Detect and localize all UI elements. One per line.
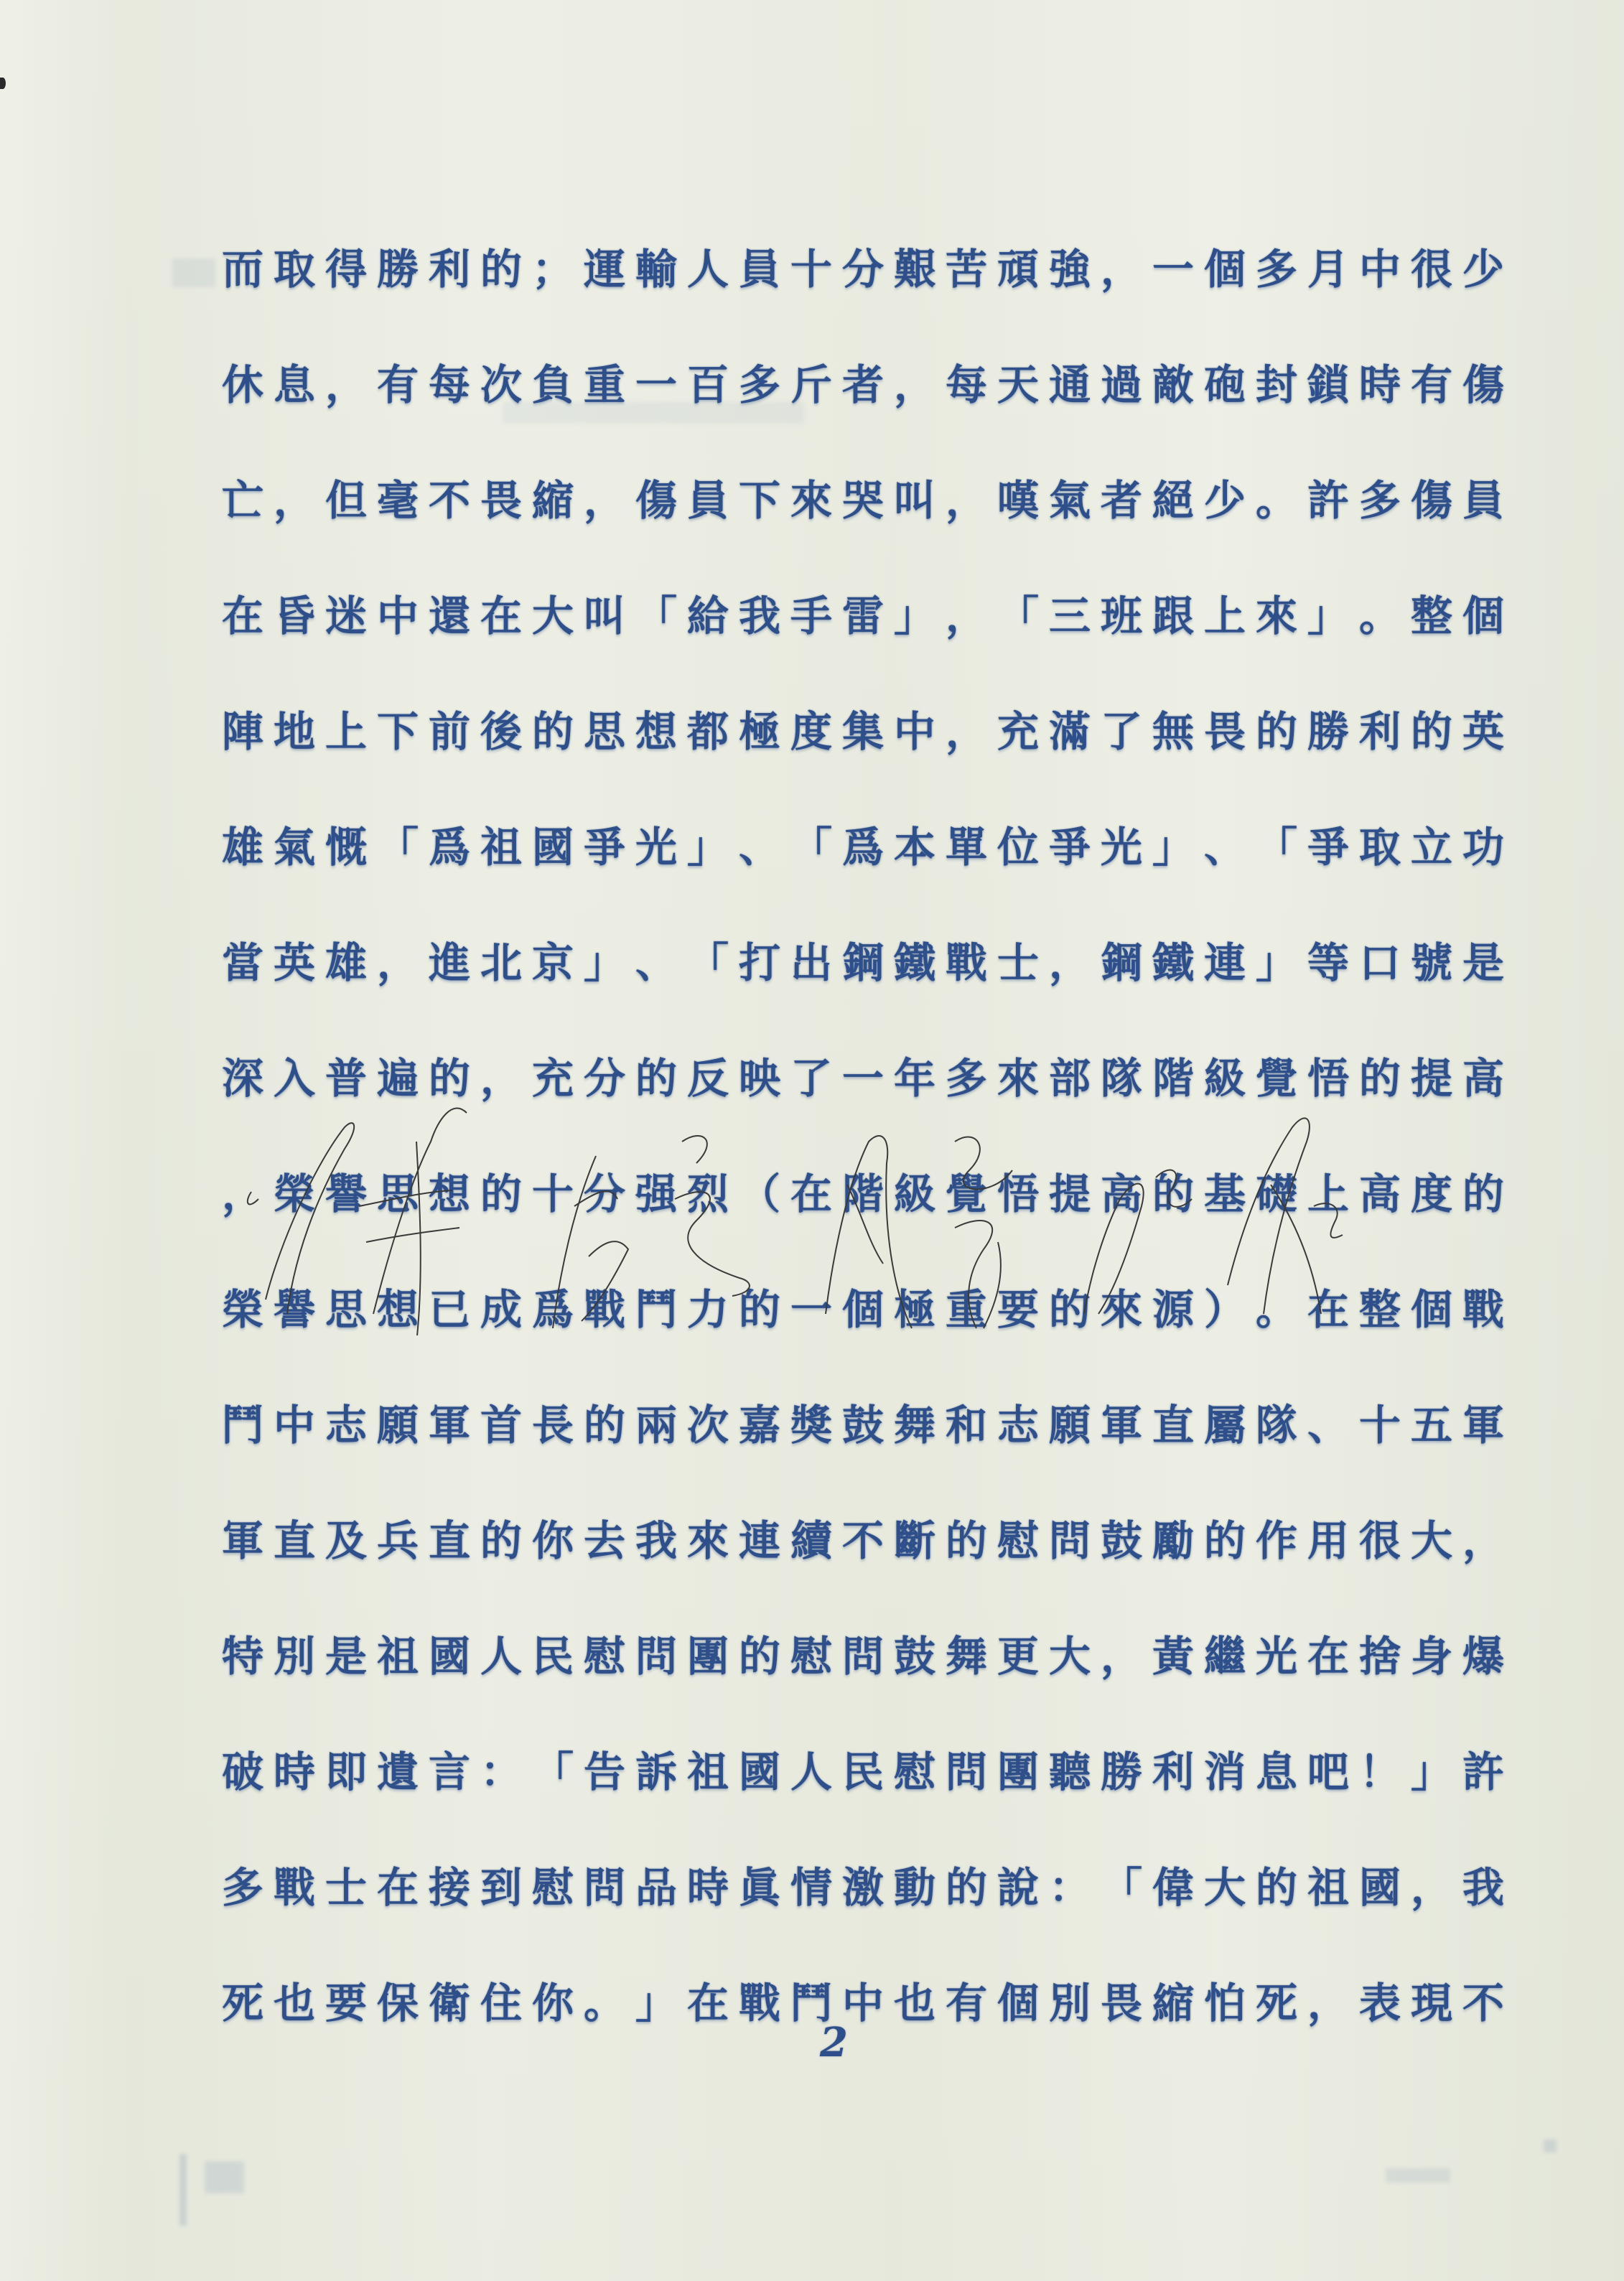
text-character: 運 — [579, 233, 630, 305]
text-character: 願 — [372, 1389, 424, 1461]
text-character: 隊 — [1096, 1042, 1147, 1114]
text-character: 時 — [269, 1736, 320, 1808]
text-character: 跟 — [1147, 580, 1199, 652]
text-character: ， — [1096, 233, 1147, 305]
text-character: 當 — [217, 927, 269, 999]
text-character: 思 — [320, 1274, 372, 1345]
text-character: 別 — [269, 1620, 320, 1692]
text-character: 功 — [1457, 811, 1509, 883]
text-character: 氣 — [269, 811, 320, 883]
text-character: 得 — [320, 233, 372, 305]
text-character: 悟 — [1302, 1042, 1354, 1114]
text-character: 嘆 — [992, 465, 1044, 536]
text-character: 保 — [372, 1967, 424, 2039]
body-text: 而取得勝利的；運輸人員十分艱苦頑強，一個多月中很少 休息，有每次負重一百多斤者，… — [217, 233, 1509, 2083]
text-character: 及 — [320, 1505, 372, 1577]
text-character: 譽 — [269, 1274, 320, 1345]
text-character: 士 — [320, 1852, 372, 1923]
text-character: 戰 — [734, 1967, 785, 2039]
text-character: 極 — [734, 696, 785, 768]
text-character: 舞 — [941, 1620, 992, 1692]
text-character: 階 — [837, 1158, 889, 1230]
text-character: 在 — [785, 1158, 837, 1230]
text-character: 一 — [1147, 233, 1199, 305]
text-character: 」 — [1147, 811, 1199, 883]
text-character: 次 — [475, 349, 527, 421]
text-character: 勝 — [1302, 696, 1354, 768]
text-character: 鋼 — [1096, 927, 1147, 999]
text-character: 的 — [941, 1852, 992, 1923]
text-character: 單 — [941, 811, 992, 883]
text-character: 砲 — [1199, 349, 1251, 421]
text-character: 戰 — [1457, 1274, 1509, 1345]
text-character: 深 — [217, 1042, 269, 1114]
text-character: 級 — [889, 1158, 941, 1230]
text-character: 的 — [1044, 1274, 1096, 1345]
text-character: 民 — [527, 1620, 579, 1692]
bleed-through-mark — [172, 258, 215, 287]
text-character: 想 — [424, 1158, 475, 1230]
text-character: 鐵 — [889, 927, 941, 999]
text-character: 重 — [941, 1274, 992, 1345]
text-character: 。 — [1354, 580, 1406, 652]
text-character: 很 — [1354, 1505, 1406, 1577]
text-character: 畏 — [475, 465, 527, 536]
text-line: 死也要保衛住你。」在戰鬥中也有個別畏縮怕死，表現不 — [217, 1967, 1509, 2083]
text-character: 戰 — [579, 1274, 630, 1345]
text-line: 當英雄，進北京」、「打出鋼鐵戰士，鋼鐵連」等口號是 — [217, 927, 1509, 1042]
text-character: 雄 — [320, 927, 372, 999]
text-character: 打 — [734, 927, 785, 999]
text-character: 國 — [527, 811, 579, 883]
text-character: 等 — [1302, 927, 1354, 999]
text-character: 十 — [785, 233, 837, 305]
text-character: ， — [889, 349, 941, 421]
text-character: 中 — [269, 1389, 320, 1461]
text-character: 高 — [1096, 1158, 1147, 1230]
text-character: 一 — [837, 1042, 889, 1114]
text-character: 要 — [320, 1967, 372, 2039]
text-character: 基 — [1199, 1158, 1251, 1230]
document-page: 而取得勝利的；運輸人員十分艱苦頑強，一個多月中很少 休息，有每次負重一百多斤者，… — [0, 0, 1624, 2281]
text-character: ； — [527, 233, 579, 305]
text-character: （ — [734, 1158, 785, 1230]
text-character: ， — [1096, 1620, 1147, 1692]
text-character: 個 — [1406, 1274, 1457, 1345]
text-character: 兵 — [372, 1505, 424, 1577]
text-character: 取 — [1354, 811, 1406, 883]
text-character: 氣 — [1044, 465, 1096, 536]
text-character: ， — [579, 465, 630, 536]
text-character: 利 — [424, 233, 475, 305]
text-character: 成 — [475, 1274, 527, 1345]
text-character: 班 — [1096, 580, 1147, 652]
text-character: 鼓 — [837, 1389, 889, 1461]
text-character: 志 — [992, 1389, 1044, 1461]
text-character: 爲 — [527, 1274, 579, 1345]
text-character: 號 — [1406, 927, 1457, 999]
text-character: 到 — [475, 1852, 527, 1923]
text-character: 光 — [1096, 811, 1147, 883]
text-character: 英 — [1457, 696, 1509, 768]
text-character: 願 — [1044, 1389, 1096, 1461]
text-character: 整 — [1406, 580, 1457, 652]
text-character: 普 — [320, 1042, 372, 1114]
text-character: 」 — [889, 580, 941, 652]
text-character: 的 — [734, 1620, 785, 1692]
text-character: 的 — [1457, 1158, 1509, 1230]
text-character: 還 — [424, 580, 475, 652]
text-character: 的 — [734, 1274, 785, 1345]
text-character: 整 — [1354, 1274, 1406, 1345]
text-character: ， — [1044, 927, 1096, 999]
text-character: 嘉 — [734, 1389, 785, 1461]
text-character: 怕 — [1199, 1967, 1251, 2039]
text-character: 個 — [1199, 233, 1251, 305]
text-character: 身 — [1406, 1620, 1457, 1692]
text-character: 分 — [579, 1158, 630, 1230]
text-character: 在 — [1302, 1620, 1354, 1692]
text-character: 集 — [837, 696, 889, 768]
text-character: 祖 — [372, 1620, 424, 1692]
text-character: 爭 — [579, 811, 630, 883]
text-line: 特別是祖國人民慰問團的慰問鼓舞更大，黃繼光在捨身爆 — [217, 1620, 1509, 1736]
text-character: 遺 — [372, 1736, 424, 1808]
text-character: 息 — [1251, 1736, 1302, 1808]
text-character: 毫 — [372, 465, 424, 536]
text-character: ， — [941, 580, 992, 652]
text-character: 中 — [372, 580, 424, 652]
text-character: 十 — [1354, 1389, 1406, 1461]
text-character: 慰 — [785, 1620, 837, 1692]
text-character: 立 — [1406, 811, 1457, 883]
text-character: 」 — [682, 811, 734, 883]
text-character: 月 — [1302, 233, 1354, 305]
bleed-through-mark — [1544, 2140, 1557, 2152]
text-character: 遍 — [372, 1042, 424, 1114]
text-character: 但 — [320, 465, 372, 536]
text-character: 而 — [217, 233, 269, 305]
text-character: 光 — [630, 811, 682, 883]
text-character: 連 — [734, 1505, 785, 1577]
text-character: 的 — [475, 1505, 527, 1577]
text-character: 一 — [785, 1274, 837, 1345]
text-character: 多 — [217, 1852, 269, 1923]
text-character: 的 — [1251, 696, 1302, 768]
text-character: 「 — [372, 811, 424, 883]
text-character: 反 — [682, 1042, 734, 1114]
text-character: 高 — [1457, 1042, 1509, 1114]
text-character: 的 — [424, 1042, 475, 1114]
text-character: ， — [217, 1158, 269, 1230]
text-character: 慰 — [992, 1505, 1044, 1577]
text-character: 入 — [269, 1042, 320, 1114]
text-character: 取 — [269, 233, 320, 305]
text-character: 死 — [217, 1967, 269, 2039]
text-character: 不 — [424, 465, 475, 536]
text-character: 鬥 — [217, 1389, 269, 1461]
text-character: 吧 — [1302, 1736, 1354, 1808]
text-character: 傷 — [1457, 349, 1509, 421]
text-character: 」 — [579, 927, 630, 999]
text-character: 鼓 — [889, 1620, 941, 1692]
text-character: 慰 — [579, 1620, 630, 1692]
text-character: 我 — [630, 1505, 682, 1577]
text-character: 人 — [475, 1620, 527, 1692]
text-character: 「 — [1251, 811, 1302, 883]
text-character: 我 — [1457, 1852, 1509, 1923]
text-character: 「 — [1096, 1852, 1147, 1923]
text-character: 勝 — [1096, 1736, 1147, 1808]
text-character: 映 — [734, 1042, 785, 1114]
text-character: 、 — [734, 811, 785, 883]
text-character: 情 — [785, 1852, 837, 1923]
text-character: 直 — [1147, 1389, 1199, 1461]
text-character: 昏 — [269, 580, 320, 652]
text-character: 聽 — [1044, 1736, 1096, 1808]
text-character: 品 — [630, 1852, 682, 1923]
text-line: 多戰士在接到慰問品時眞情激動的說：「偉大的祖國，我 — [217, 1852, 1509, 1967]
text-character: 迷 — [320, 580, 372, 652]
text-character: 畏 — [1199, 696, 1251, 768]
text-line: 雄氣慨「爲祖國爭光」、「爲本單位爭光」、「爭取立功 — [217, 811, 1509, 927]
text-character: 次 — [682, 1389, 734, 1461]
text-character: ， — [320, 349, 372, 421]
text-character: 員 — [1457, 465, 1509, 536]
text-character: 度 — [1406, 1158, 1457, 1230]
text-character: 覺 — [1251, 1042, 1302, 1114]
text-character: 多 — [734, 349, 785, 421]
text-character: 你 — [527, 1505, 579, 1577]
text-character: 地 — [269, 696, 320, 768]
text-character: 員 — [682, 465, 734, 536]
text-character: 負 — [527, 349, 579, 421]
text-character: 的 — [527, 696, 579, 768]
text-character: 繼 — [1199, 1620, 1251, 1692]
text-character: 哭 — [837, 465, 889, 536]
bleed-through-mark — [205, 2161, 244, 2193]
text-character: 雄 — [217, 811, 269, 883]
text-character: 榮 — [269, 1158, 320, 1230]
text-character: 隊 — [1251, 1389, 1302, 1461]
text-character: 一 — [630, 349, 682, 421]
text-character: 獎 — [785, 1389, 837, 1461]
text-character: 百 — [682, 349, 734, 421]
text-character: 多 — [1251, 233, 1302, 305]
text-character: 上 — [320, 696, 372, 768]
text-character: 民 — [837, 1736, 889, 1808]
text-character: 告 — [579, 1736, 630, 1808]
text-character: 中 — [1354, 233, 1406, 305]
text-character: 縮 — [1147, 1967, 1199, 2039]
text-character: 斷 — [889, 1505, 941, 1577]
text-character: 口 — [1354, 927, 1406, 999]
text-character: 礎 — [1251, 1158, 1302, 1230]
text-character: 作 — [1251, 1505, 1302, 1577]
text-character: ， — [475, 1042, 527, 1114]
text-character: 表 — [1354, 1967, 1406, 2039]
text-character: 的 — [1406, 696, 1457, 768]
text-character: 衛 — [424, 1967, 475, 2039]
text-character: 問 — [941, 1736, 992, 1808]
text-character: 問 — [579, 1852, 630, 1923]
text-character: 、 — [1199, 811, 1251, 883]
text-character: ， — [941, 696, 992, 768]
text-character: 很 — [1406, 233, 1457, 305]
text-character: ） — [1199, 1274, 1251, 1345]
text-character: 。 — [579, 1967, 630, 2039]
text-character: 烈 — [682, 1158, 734, 1230]
text-character: 偉 — [1147, 1852, 1199, 1923]
text-character: 爭 — [1302, 811, 1354, 883]
text-character: 的 — [941, 1505, 992, 1577]
text-character: 提 — [1044, 1158, 1096, 1230]
text-character: 亡 — [217, 465, 269, 536]
text-character: 首 — [475, 1389, 527, 1461]
text-character: 提 — [1406, 1042, 1457, 1114]
text-character: 光 — [1251, 1620, 1302, 1692]
text-character: 個 — [992, 1967, 1044, 2039]
text-character: 給 — [682, 580, 734, 652]
text-character: 在 — [372, 1852, 424, 1923]
text-character: 、 — [630, 927, 682, 999]
text-character: 人 — [682, 233, 734, 305]
text-character: 充 — [992, 696, 1044, 768]
text-character: 大 — [1044, 1620, 1096, 1692]
text-character: 戰 — [941, 927, 992, 999]
text-character: 的 — [1199, 1505, 1251, 1577]
text-character: 少 — [1457, 233, 1509, 305]
text-character: 破 — [217, 1736, 269, 1808]
text-character: 下 — [372, 696, 424, 768]
text-character: 許 — [1457, 1736, 1509, 1808]
text-character: 傷 — [630, 465, 682, 536]
text-line: 亡，但毫不畏縮，傷員下來哭叫，嘆氣者絕少。許多傷員 — [217, 465, 1509, 580]
text-character: 時 — [682, 1852, 734, 1923]
text-character: 我 — [734, 580, 785, 652]
text-character: 鐵 — [1147, 927, 1199, 999]
text-character: 了 — [785, 1042, 837, 1114]
text-character: 現 — [1406, 1967, 1457, 2039]
text-character: 頑 — [992, 233, 1044, 305]
text-character: 來 — [992, 1042, 1044, 1114]
text-character: 眞 — [734, 1852, 785, 1923]
text-character: 手 — [785, 580, 837, 652]
text-character: 少 — [1199, 465, 1251, 536]
text-character: 即 — [320, 1736, 372, 1808]
text-character: ！ — [1354, 1736, 1406, 1808]
text-character: 過 — [1096, 349, 1147, 421]
text-character: 鼓 — [1096, 1505, 1147, 1577]
text-character: 天 — [992, 349, 1044, 421]
text-character: 的 — [475, 1158, 527, 1230]
text-character: 。 — [1251, 1274, 1302, 1345]
text-character: 國 — [424, 1620, 475, 1692]
text-character: 的 — [630, 1042, 682, 1114]
text-character: 勝 — [372, 233, 424, 305]
text-line: 而取得勝利的；運輸人員十分艱苦頑強，一個多月中很少 — [217, 233, 1509, 349]
text-character: 個 — [1457, 580, 1509, 652]
text-character: 言 — [424, 1736, 475, 1808]
text-character: 軍 — [1096, 1389, 1147, 1461]
text-character: 利 — [1147, 1736, 1199, 1808]
text-character: 在 — [217, 580, 269, 652]
text-character: 國 — [1354, 1852, 1406, 1923]
text-character: 上 — [1199, 580, 1251, 652]
text-character: 已 — [424, 1274, 475, 1345]
text-character: 覺 — [941, 1158, 992, 1230]
text-character: 有 — [941, 1967, 992, 2039]
text-character: 出 — [785, 927, 837, 999]
text-character: 敵 — [1147, 349, 1199, 421]
text-character: 強 — [1044, 233, 1096, 305]
text-character: 團 — [992, 1736, 1044, 1808]
text-character: 京 — [527, 927, 579, 999]
text-character: 和 — [941, 1389, 992, 1461]
text-line: 休息，有每次負重一百多斤者，每天通過敵砲封鎖時有傷 — [217, 349, 1509, 465]
text-character: 不 — [1457, 1967, 1509, 2039]
text-character: 人 — [785, 1736, 837, 1808]
text-character: 屬 — [1199, 1389, 1251, 1461]
text-character: 來 — [1096, 1274, 1147, 1345]
text-character: 的 — [1147, 1158, 1199, 1230]
text-character: 輸 — [630, 233, 682, 305]
text-character: 」 — [1406, 1736, 1457, 1808]
text-character: 軍 — [1457, 1389, 1509, 1461]
text-character: 三 — [1044, 580, 1096, 652]
text-character: 前 — [424, 696, 475, 768]
text-character: 軍 — [424, 1389, 475, 1461]
text-character: 祖 — [1302, 1852, 1354, 1923]
text-character: 者 — [1096, 465, 1147, 536]
text-character: ， — [372, 927, 424, 999]
text-character: 的 — [1354, 1042, 1406, 1114]
text-character: 充 — [527, 1042, 579, 1114]
text-character: 極 — [889, 1274, 941, 1345]
text-character: 死 — [1251, 1967, 1302, 2039]
text-character: 直 — [269, 1505, 320, 1577]
text-character: 是 — [1457, 927, 1509, 999]
text-character: 絕 — [1147, 465, 1199, 536]
text-character: 位 — [992, 811, 1044, 883]
text-character: ， — [941, 465, 992, 536]
text-character: 重 — [579, 349, 630, 421]
text-character: 中 — [889, 696, 941, 768]
text-character: 來 — [1251, 580, 1302, 652]
text-character: 「 — [785, 811, 837, 883]
text-character: 有 — [372, 349, 424, 421]
text-character: 慨 — [320, 811, 372, 883]
text-character: 鎖 — [1302, 349, 1354, 421]
text-character: 傷 — [1406, 465, 1457, 536]
page-number: 2 — [820, 2019, 848, 2066]
text-line: ，榮譽思想的十分强烈（在階級覺悟提高的基礎上高度的 — [217, 1158, 1509, 1274]
text-character: 「 — [992, 580, 1044, 652]
text-character: 雷 — [837, 580, 889, 652]
text-character: 要 — [992, 1274, 1044, 1345]
text-character: 說 — [992, 1852, 1044, 1923]
text-character: ， — [269, 465, 320, 536]
text-character: 榮 — [217, 1274, 269, 1345]
text-character: 本 — [889, 811, 941, 883]
text-character: 、 — [1302, 1389, 1354, 1461]
text-character: 北 — [475, 927, 527, 999]
text-character: 去 — [579, 1505, 630, 1577]
text-character: 鬥 — [630, 1274, 682, 1345]
text-character: ： — [475, 1736, 527, 1808]
text-character: 的 — [579, 1389, 630, 1461]
text-character: 」 — [1251, 927, 1302, 999]
